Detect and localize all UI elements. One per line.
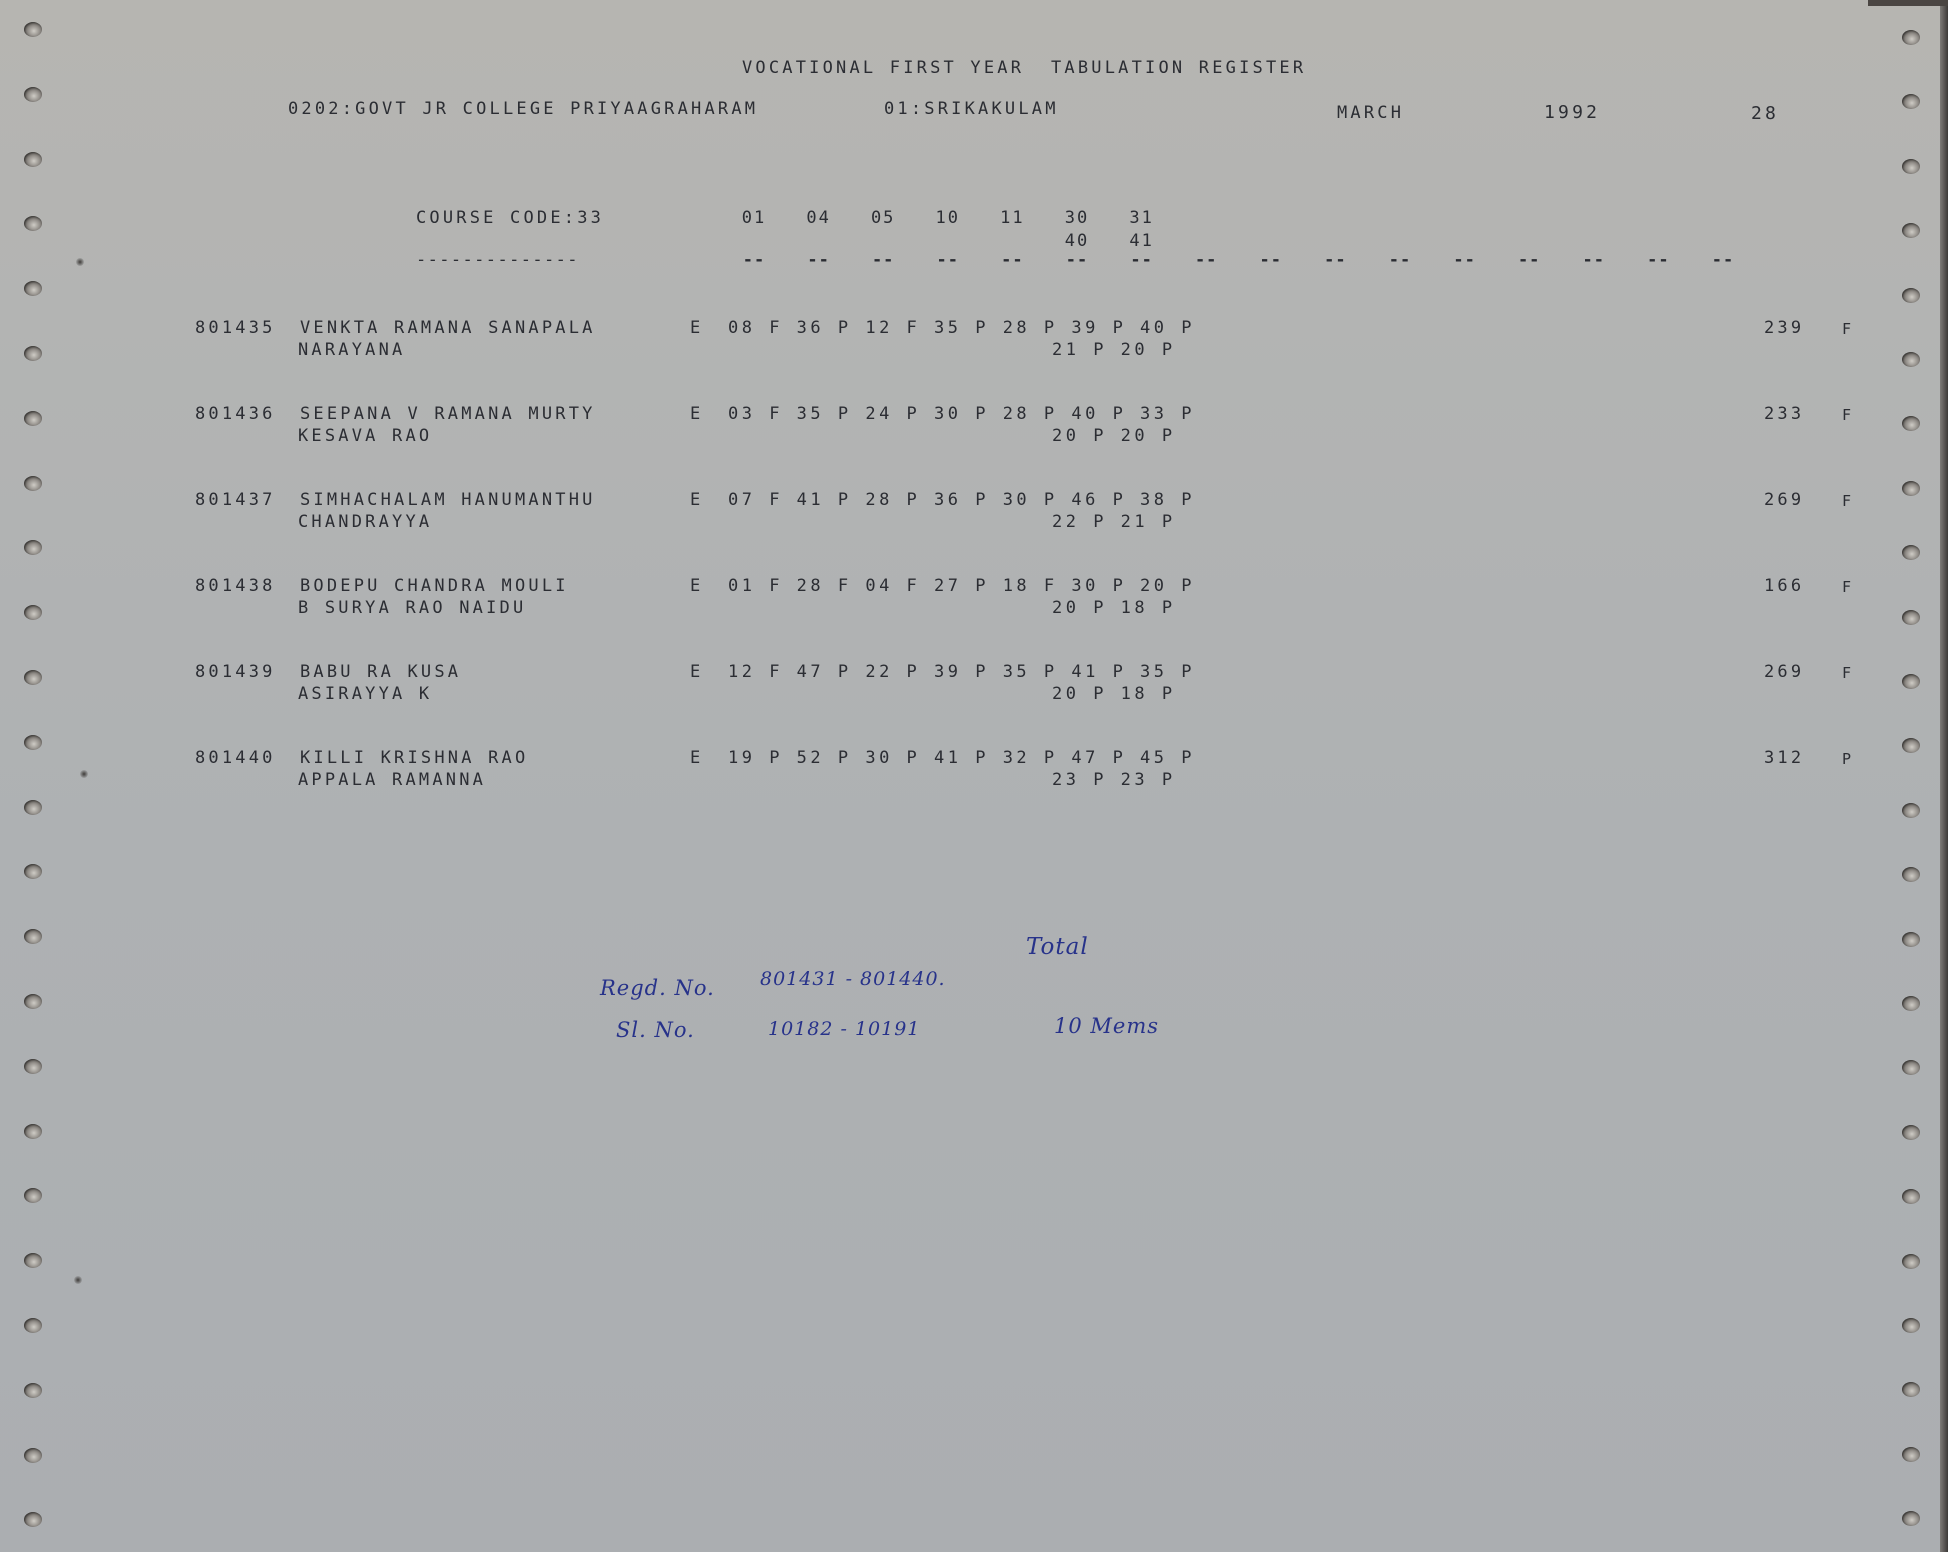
father-name: ASIRAYYA K bbox=[298, 684, 432, 704]
subject-code-secondary: 40 bbox=[1047, 231, 1107, 251]
handwritten-total-label: Total bbox=[1026, 934, 1089, 960]
medium-code: E bbox=[690, 748, 703, 768]
column-separator: -- bbox=[1628, 250, 1688, 270]
father-name: NARAYANA bbox=[298, 340, 405, 360]
student-row: 801437 SIMHACHALAM HANUMANTHU CHANDRAYYA… bbox=[0, 490, 1948, 540]
feed-hole bbox=[24, 800, 42, 815]
feed-hole bbox=[24, 1059, 42, 1074]
student-name: SEEPANA V RAMANA MURTY bbox=[300, 404, 596, 424]
student-name: BODEPU CHANDRA MOULI bbox=[300, 576, 569, 596]
feed-hole bbox=[1902, 996, 1920, 1011]
exam-month: MARCH bbox=[1337, 103, 1404, 123]
column-separator: -- bbox=[982, 250, 1042, 270]
subject-marks-part2: 20 P 18 P bbox=[1052, 684, 1176, 704]
feed-hole bbox=[24, 152, 42, 167]
paper-blemish bbox=[76, 258, 84, 266]
result-status: F bbox=[1842, 577, 1854, 597]
total-marks: 312 bbox=[1764, 748, 1804, 768]
subject-marks: 01 F 28 F 04 F 27 P 18 F 30 P 20 P bbox=[728, 576, 1195, 596]
handwritten-regd-label: Regd. No. bbox=[600, 976, 715, 1000]
column-separator: -- bbox=[918, 250, 978, 270]
feed-hole bbox=[1902, 803, 1920, 818]
column-separator: -- bbox=[1435, 250, 1495, 270]
feed-hole bbox=[24, 1318, 42, 1333]
feed-hole bbox=[24, 87, 42, 102]
subject-marks-part2: 23 P 23 P bbox=[1052, 770, 1176, 790]
result-status: P bbox=[1842, 749, 1854, 769]
subject-marks-part2: 20 P 18 P bbox=[1052, 598, 1176, 618]
subject-marks-part2: 20 P 20 P bbox=[1052, 426, 1176, 446]
feed-hole bbox=[1902, 30, 1920, 45]
feed-hole bbox=[1902, 288, 1920, 303]
student-row: 801436 SEEPANA V RAMANA MURTY KESAVA RAO… bbox=[0, 404, 1948, 454]
handwritten-total-value: 10 Mems bbox=[1054, 1014, 1159, 1038]
feed-hole bbox=[24, 540, 42, 555]
column-separator: -- bbox=[1176, 250, 1236, 270]
student-row: 801435 VENKTA RAMANA SANAPALA NARAYANA E… bbox=[0, 318, 1948, 368]
feed-hole bbox=[24, 1512, 42, 1527]
subject-marks: 19 P 52 P 30 P 41 P 32 P 47 P 45 P bbox=[728, 748, 1195, 768]
student-name: SIMHACHALAM HANUMANTHU bbox=[300, 490, 596, 510]
feed-hole bbox=[1902, 159, 1920, 174]
feed-hole bbox=[1902, 1318, 1920, 1333]
subject-marks: 08 F 36 P 12 F 35 P 28 P 39 P 40 P bbox=[728, 318, 1195, 338]
handwritten-sl-range: 10182 - 10191 bbox=[768, 1018, 920, 1040]
subject-marks-part2: 22 P 21 P bbox=[1052, 512, 1176, 532]
result-status: F bbox=[1842, 491, 1854, 511]
handwritten-regd-range: 801431 - 801440. bbox=[760, 968, 946, 990]
district-name: 01:SRIKAKULAM bbox=[884, 99, 1059, 119]
feed-hole bbox=[1902, 1125, 1920, 1140]
column-separator: -- bbox=[1047, 250, 1107, 270]
registration-number: 801437 bbox=[195, 490, 276, 510]
feed-hole bbox=[1902, 1254, 1920, 1269]
paper-blemish bbox=[74, 1276, 82, 1284]
subject-code: 31 bbox=[1112, 208, 1172, 228]
subject-code: 10 bbox=[918, 208, 978, 228]
feed-hole bbox=[24, 1253, 42, 1268]
result-status: F bbox=[1842, 319, 1854, 339]
column-separator: -- bbox=[1241, 250, 1301, 270]
subject-code: 30 bbox=[1047, 208, 1107, 228]
column-separator: -- bbox=[1499, 250, 1559, 270]
medium-code: E bbox=[690, 576, 703, 596]
feed-hole bbox=[1902, 1447, 1920, 1462]
course-code-label: COURSE CODE:33 bbox=[416, 208, 604, 228]
registration-number: 801439 bbox=[195, 662, 276, 682]
column-separator: -- bbox=[724, 250, 784, 270]
college-name: 0202:GOVT JR COLLEGE PRIYAAGRAHARAM bbox=[288, 99, 758, 119]
registration-number: 801435 bbox=[195, 318, 276, 338]
register-sheet: VOCATIONAL FIRST YEAR TABULATION REGISTE… bbox=[0, 0, 1948, 1552]
father-name: APPALA RAMANNA bbox=[298, 770, 486, 790]
feed-hole bbox=[24, 216, 42, 231]
medium-code: E bbox=[690, 318, 703, 338]
feed-hole bbox=[24, 929, 42, 944]
feed-hole bbox=[1902, 932, 1920, 947]
registration-number: 801438 bbox=[195, 576, 276, 596]
feed-hole bbox=[1902, 1060, 1920, 1075]
background-corner bbox=[1868, 0, 1948, 6]
medium-code: E bbox=[690, 490, 703, 510]
result-status: F bbox=[1842, 663, 1854, 683]
feed-hole bbox=[24, 281, 42, 296]
subject-marks: 03 F 35 P 24 P 30 P 28 P 40 P 33 P bbox=[728, 404, 1195, 424]
student-row: 801439 BABU RA KUSA ASIRAYYA K E 12 F 47… bbox=[0, 662, 1948, 712]
feed-hole bbox=[1902, 1382, 1920, 1397]
subject-marks-part2: 21 P 20 P bbox=[1052, 340, 1176, 360]
paper-edge-shadow bbox=[1940, 0, 1948, 1552]
father-name: CHANDRAYYA bbox=[298, 512, 432, 532]
feed-hole bbox=[1902, 1511, 1920, 1526]
column-separator: -- bbox=[1693, 250, 1753, 270]
feed-hole bbox=[24, 1383, 42, 1398]
column-separator: -- bbox=[853, 250, 913, 270]
column-separator: -- bbox=[1370, 250, 1430, 270]
total-marks: 269 bbox=[1764, 662, 1804, 682]
column-separator: -- bbox=[1305, 250, 1365, 270]
student-name: BABU RA KUSA bbox=[300, 662, 461, 682]
page-number: 28 bbox=[1751, 104, 1779, 124]
feed-hole bbox=[1902, 1189, 1920, 1204]
feed-hole bbox=[1902, 545, 1920, 560]
total-marks: 269 bbox=[1764, 490, 1804, 510]
feed-hole bbox=[24, 476, 42, 491]
student-name: KILLI KRISHNA RAO bbox=[300, 748, 528, 768]
medium-code: E bbox=[690, 662, 703, 682]
course-code-underline: -------------- bbox=[416, 250, 579, 270]
registration-number: 801440 bbox=[195, 748, 276, 768]
exam-year: 1992 bbox=[1544, 103, 1600, 123]
feed-hole bbox=[24, 1124, 42, 1139]
father-name: KESAVA RAO bbox=[298, 426, 432, 446]
feed-hole bbox=[24, 1448, 42, 1463]
subject-code: 11 bbox=[982, 208, 1042, 228]
feed-hole bbox=[1902, 867, 1920, 882]
subject-code-secondary: 41 bbox=[1112, 231, 1172, 251]
total-marks: 233 bbox=[1764, 404, 1804, 424]
feed-hole bbox=[1902, 94, 1920, 109]
feed-hole bbox=[24, 22, 42, 37]
column-separator: -- bbox=[789, 250, 849, 270]
subject-code: 04 bbox=[789, 208, 849, 228]
student-row: 801440 KILLI KRISHNA RAO APPALA RAMANNA … bbox=[0, 748, 1948, 798]
subject-marks: 12 F 47 P 22 P 39 P 35 P 41 P 35 P bbox=[728, 662, 1195, 682]
total-marks: 239 bbox=[1764, 318, 1804, 338]
feed-hole bbox=[24, 994, 42, 1009]
column-separator: -- bbox=[1112, 250, 1172, 270]
father-name: B SURYA RAO NAIDU bbox=[298, 598, 526, 618]
subject-code: 05 bbox=[853, 208, 913, 228]
feed-hole bbox=[1902, 223, 1920, 238]
registration-number: 801436 bbox=[195, 404, 276, 424]
total-marks: 166 bbox=[1764, 576, 1804, 596]
subject-code: 01 bbox=[724, 208, 784, 228]
handwritten-sl-label: Sl. No. bbox=[616, 1018, 695, 1042]
subject-marks: 07 F 41 P 28 P 36 P 30 P 46 P 38 P bbox=[728, 490, 1195, 510]
result-status: F bbox=[1842, 405, 1854, 425]
column-separator: -- bbox=[1564, 250, 1624, 270]
register-title: VOCATIONAL FIRST YEAR TABULATION REGISTE… bbox=[742, 58, 1306, 78]
student-name: VENKTA RAMANA SANAPALA bbox=[300, 318, 596, 338]
feed-hole bbox=[24, 864, 42, 879]
feed-hole bbox=[24, 1188, 42, 1203]
medium-code: E bbox=[690, 404, 703, 424]
student-row: 801438 BODEPU CHANDRA MOULI B SURYA RAO … bbox=[0, 576, 1948, 626]
